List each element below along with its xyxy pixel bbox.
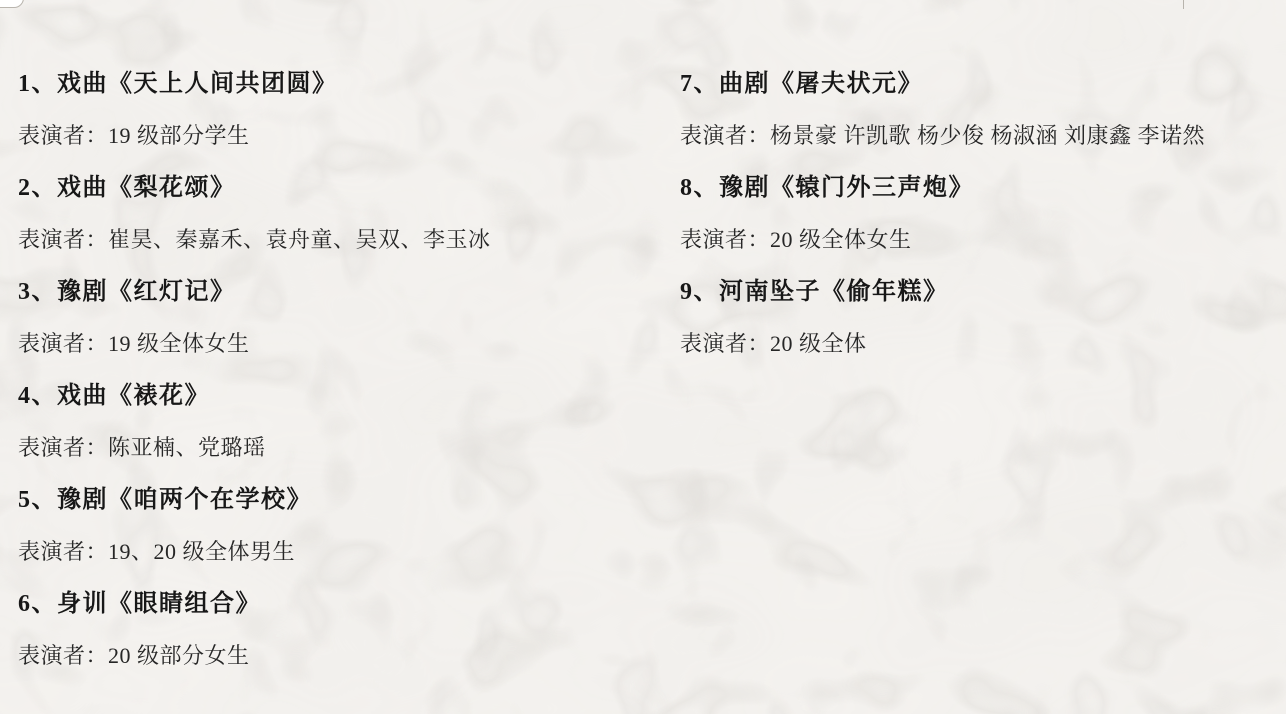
program-item-title: 1、戏曲《天上人间共团圆》 <box>18 58 680 110</box>
texture-corner-artifact-top-right <box>1183 0 1214 9</box>
program-item-3: 3、豫剧《红灯记》 表演者：19 级全体女生 <box>18 266 680 370</box>
program-item-performers: 表演者：19 级部分学生 <box>18 110 680 162</box>
program-document-page: 1、戏曲《天上人间共团圆》 表演者：19 级部分学生 2、戏曲《梨花颂》 表演者… <box>0 0 1286 714</box>
program-item-4: 4、戏曲《裱花》 表演者：陈亚楠、党璐瑶 <box>18 370 680 474</box>
program-item-7: 7、曲剧《屠夫状元》 表演者：杨景豪 许凯歌 杨少俊 杨淑涵 刘康鑫 李诺然 <box>680 58 1286 162</box>
program-item-2: 2、戏曲《梨花颂》 表演者：崔昊、秦嘉禾、袁舟童、吴双、李玉冰 <box>18 162 680 266</box>
program-item-performers: 表演者：20 级全体女生 <box>680 214 1286 266</box>
program-item-9: 9、河南坠子《偷年糕》 表演者：20 级全体 <box>680 266 1286 370</box>
program-item-title: 9、河南坠子《偷年糕》 <box>680 266 1286 318</box>
program-column-right: 7、曲剧《屠夫状元》 表演者：杨景豪 许凯歌 杨少俊 杨淑涵 刘康鑫 李诺然 8… <box>680 58 1286 370</box>
program-item-title: 3、豫剧《红灯记》 <box>18 266 680 318</box>
program-item-performers: 表演者：19、20 级全体男生 <box>18 526 680 578</box>
program-item-performers: 表演者：19 级全体女生 <box>18 318 680 370</box>
program-item-6: 6、身训《眼睛组合》 表演者：20 级部分女生 <box>18 578 680 682</box>
texture-corner-artifact-top-left <box>0 0 24 8</box>
program-column-left: 1、戏曲《天上人间共团圆》 表演者：19 级部分学生 2、戏曲《梨花颂》 表演者… <box>18 58 680 682</box>
program-item-performers: 表演者：杨景豪 许凯歌 杨少俊 杨淑涵 刘康鑫 李诺然 <box>680 110 1286 162</box>
program-item-title: 2、戏曲《梨花颂》 <box>18 162 680 214</box>
program-item-performers: 表演者：陈亚楠、党璐瑶 <box>18 422 680 474</box>
program-columns: 1、戏曲《天上人间共团圆》 表演者：19 级部分学生 2、戏曲《梨花颂》 表演者… <box>18 58 1286 682</box>
program-item-title: 5、豫剧《咱两个在学校》 <box>18 474 680 526</box>
program-item-performers: 表演者：20 级部分女生 <box>18 630 680 682</box>
program-item-1: 1、戏曲《天上人间共团圆》 表演者：19 级部分学生 <box>18 58 680 162</box>
program-item-title: 8、豫剧《辕门外三声炮》 <box>680 162 1286 214</box>
program-item-title: 4、戏曲《裱花》 <box>18 370 680 422</box>
program-item-performers: 表演者：崔昊、秦嘉禾、袁舟童、吴双、李玉冰 <box>18 214 680 266</box>
program-item-5: 5、豫剧《咱两个在学校》 表演者：19、20 级全体男生 <box>18 474 680 578</box>
program-item-8: 8、豫剧《辕门外三声炮》 表演者：20 级全体女生 <box>680 162 1286 266</box>
program-item-title: 7、曲剧《屠夫状元》 <box>680 58 1286 110</box>
program-item-performers: 表演者：20 级全体 <box>680 318 1286 370</box>
program-item-title: 6、身训《眼睛组合》 <box>18 578 680 630</box>
